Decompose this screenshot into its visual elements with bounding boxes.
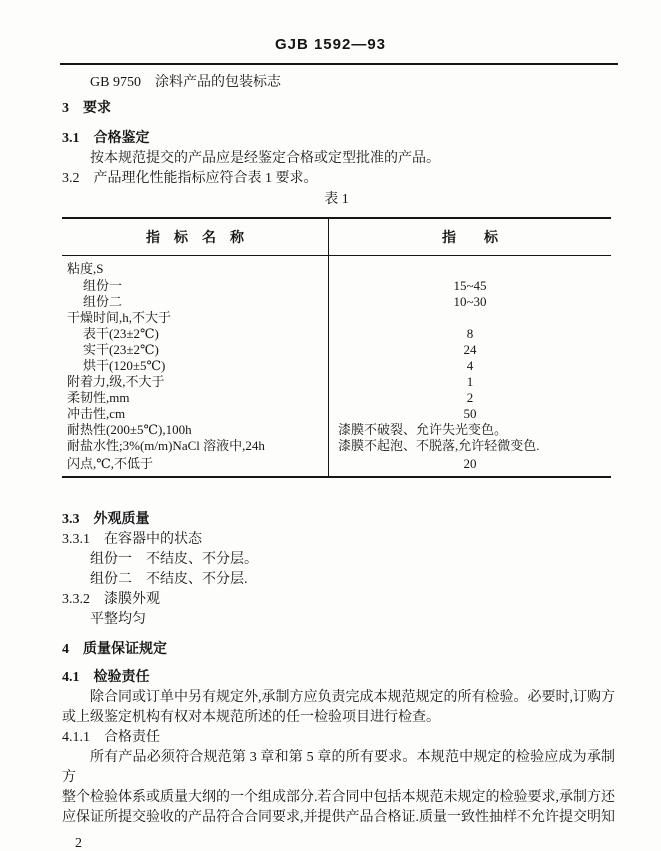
- indicator-name-cell: 实干(23±2℃): [62, 342, 329, 358]
- table-row: 实干(23±2℃)24: [62, 342, 611, 358]
- indicator-name-cell: 冲击性,cm: [62, 406, 329, 422]
- indicator-name-cell: 组份二: [62, 294, 329, 310]
- content-area: GB 9750 涂料产品的包装标志3 要求3.1 合格鉴定按本规范提交的产品应是…: [0, 65, 659, 851]
- section-4-1-text-1: 除合同或订单中另有规定外,承制方应负责完成本规范规定的所有检验。必要时,订购方: [62, 688, 615, 708]
- indicator-value-cell: [329, 310, 612, 326]
- table-row: 烘干(120±5℃)4: [62, 358, 611, 374]
- standard-number-title: GJB 1592—93: [0, 36, 661, 53]
- indicator-value-cell: 15~45: [329, 278, 612, 294]
- section-4-1-heading: 4.1 检验责任: [62, 668, 615, 688]
- intro-section: GB 9750 涂料产品的包装标志3 要求3.1 合格鉴定按本规范提交的产品应是…: [62, 73, 615, 189]
- table-row: 组份一15~45: [62, 278, 611, 294]
- table-row: 柔韧性,mm2: [62, 390, 611, 406]
- section-3-3-1-heading: 3.3.1 在容器中的状态: [62, 530, 615, 550]
- section-3-1-heading: 3.1 合格鉴定: [62, 129, 615, 149]
- indicator-value-cell: 10~30: [329, 294, 612, 310]
- indicator-value-cell: 20: [329, 454, 612, 477]
- body-section: 3.3 外观质量3.3.1 在容器中的状态组份一 不结皮、不分层。组份二 不结皮…: [62, 478, 615, 828]
- table-row: 表干(23±2℃)8: [62, 326, 611, 342]
- component-1-state: 组份一 不结皮、不分层。: [62, 550, 615, 570]
- indicator-value-cell: [329, 256, 612, 279]
- indicator-name-cell: 柔韧性,mm: [62, 390, 329, 406]
- indicator-value-cell: 8: [329, 326, 612, 342]
- table-row: 粘度,S: [62, 256, 611, 279]
- section-3-heading: 3 要求: [62, 99, 615, 119]
- column-header-indicator-value: 指 标: [329, 218, 612, 256]
- indicator-value-cell: 24: [329, 342, 612, 358]
- section-4-1-text-2: 或上级鉴定机构有权对本规范所述的任一检验项目进行检查。: [62, 708, 615, 728]
- section-4-1-1-text-1: 所有产品必须符合规范第 3 章和第 5 章的所有要求。本规范中规定的检验应成为承…: [62, 748, 615, 788]
- indicator-name-cell: 闪点,℃,不低于: [62, 454, 329, 477]
- indicator-value-cell: 漆膜不起泡、不脱落,允许轻微变色.: [329, 438, 612, 454]
- table-row: 耐盐水性;3%(m/m)NaCl 溶液中,24h漆膜不起泡、不脱落,允许轻微变色…: [62, 438, 611, 454]
- indicator-value-cell: 4: [329, 358, 612, 374]
- indicator-name-cell: 烘干(120±5℃): [62, 358, 329, 374]
- section-3-2-text: 3.2 产品理化性能指标应符合表 1 要求。: [62, 169, 615, 189]
- table-row: 干燥时间,h,不大于: [62, 310, 611, 326]
- table-row: 耐热性(200±5℃),100h漆膜不破裂、允许失光变色。: [62, 422, 611, 438]
- table-row: 冲击性,cm50: [62, 406, 611, 422]
- reference-gb9750: GB 9750 涂料产品的包装标志: [62, 73, 615, 93]
- table-row: 附着力,级,不大于1: [62, 374, 611, 390]
- component-2-state: 组份二 不结皮、不分层.: [62, 570, 615, 590]
- section-3-3-heading: 3.3 外观质量: [62, 510, 615, 530]
- indicator-name-cell: 附着力,级,不大于: [62, 374, 329, 390]
- section-3-1-text: 按本规范提交的产品应是经鉴定合格或定型批准的产品。: [62, 149, 615, 169]
- table-header-row: 指 标 名 称 指 标: [62, 218, 611, 256]
- spec-table: 指 标 名 称 指 标 粘度,S组份一15~45组份二10~30干燥时间,h,不…: [62, 217, 611, 478]
- table-row: 组份二10~30: [62, 294, 611, 310]
- section-4-1-1-text-2: 整个检验体系或质量大纲的一个组成部分.若合同中包括本规范未规定的检验要求,承制方…: [62, 788, 615, 808]
- film-appearance-text: 平整均匀: [62, 610, 615, 630]
- indicator-value-cell: 1: [329, 374, 612, 390]
- indicator-name-cell: 表干(23±2℃): [62, 326, 329, 342]
- page-number: 2: [75, 834, 615, 851]
- indicator-value-cell: 漆膜不破裂、允许失光变色。: [329, 422, 612, 438]
- indicator-name-cell: 组份一: [62, 278, 329, 294]
- section-4-1-1-text-3: 应保证所提交验收的产品符合合同要求,并提供产品合格证.质量一致性抽样不允许提交明…: [62, 808, 615, 828]
- indicator-value-cell: 2: [329, 390, 612, 406]
- indicator-value-cell: 50: [329, 406, 612, 422]
- document-page: GJB 1592—93 GB 9750 涂料产品的包装标志3 要求3.1 合格鉴…: [0, 0, 661, 851]
- section-4-heading: 4 质量保证规定: [62, 640, 615, 660]
- indicator-name-cell: 粘度,S: [62, 256, 329, 279]
- indicator-name-cell: 干燥时间,h,不大于: [62, 310, 329, 326]
- indicator-name-cell: 耐热性(200±5℃),100h: [62, 422, 329, 438]
- table-row: 闪点,℃,不低于20: [62, 454, 611, 477]
- doc-header: GJB 1592—93: [0, 0, 661, 65]
- column-header-indicator-name: 指 标 名 称: [62, 218, 329, 256]
- section-3-3-2-heading: 3.3.2 漆膜外观: [62, 590, 615, 610]
- section-4-1-1-heading: 4.1.1 合格责任: [62, 728, 615, 748]
- indicator-name-cell: 耐盐水性;3%(m/m)NaCl 溶液中,24h: [62, 438, 329, 454]
- table-caption: 表 1: [62, 191, 611, 209]
